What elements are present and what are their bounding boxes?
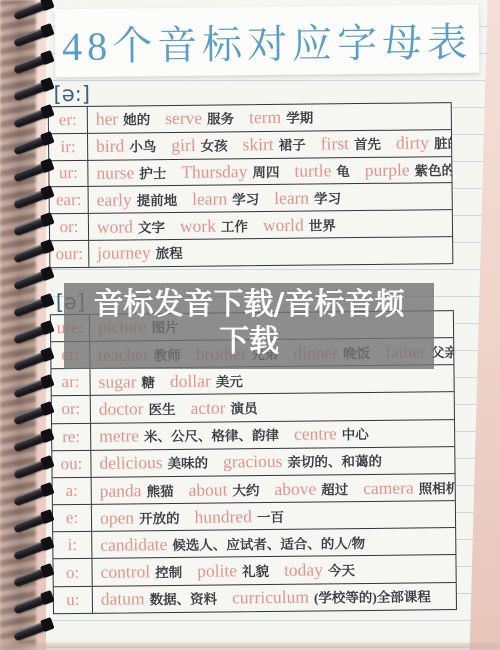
english-word: sugar: [98, 371, 136, 391]
chinese-meaning: 脏的: [434, 136, 451, 151]
spiral-ring-icon: [13, 485, 53, 507]
row-entries: bird小鸟girl女孩skirt裙子first首先dirty脏的: [88, 132, 451, 157]
word-entry: curriculum(学校等的)全部课程: [232, 589, 431, 608]
english-word: hundred: [194, 506, 252, 527]
chinese-meaning: 提前地: [137, 193, 178, 208]
english-word: datum: [101, 589, 145, 609]
word-entry: purple紫色的: [365, 162, 452, 180]
row-entries: early提前地learn学习learn学习: [89, 186, 452, 211]
word-entry: today今天: [284, 562, 355, 580]
english-word: metre: [99, 425, 139, 445]
word-entry: dirty脏的: [396, 135, 451, 153]
chinese-meaning: 文字: [138, 220, 165, 235]
chinese-meaning: 裙子: [279, 138, 306, 153]
spiral-ring-icon: [13, 26, 53, 48]
word-entry: above超过: [274, 481, 348, 499]
spiral-ring-icon: [13, 107, 53, 129]
spiral-ring-icon: [13, 404, 53, 426]
chinese-meaning: 学期: [286, 111, 313, 126]
spiral-ring-icon: [13, 80, 53, 102]
spiral-ring-icon: [13, 620, 53, 642]
chinese-meaning: 数据、资料: [150, 592, 218, 608]
row-entries: open开放的hundred一百: [92, 504, 455, 529]
chinese-meaning: 工作: [221, 219, 248, 234]
english-word: camera: [363, 477, 414, 498]
row-entries: doctor医生actor演员: [91, 395, 454, 420]
row-entries: datum数据、资料curriculum(学校等的)全部课程: [93, 585, 456, 610]
spiral-ring-icon: [13, 431, 53, 453]
chinese-meaning: 父亲: [431, 345, 454, 360]
word-entry: serve服务: [165, 111, 234, 129]
english-word: delicious: [99, 452, 162, 473]
english-word: doctor: [99, 398, 144, 418]
chinese-meaning: 大约: [232, 483, 259, 498]
word-entry: doctor医生: [99, 401, 176, 419]
phonetic-table: er:her她的serve服务term学期ir:bird小鸟girl女孩skir…: [48, 102, 454, 268]
chinese-meaning: 亲切的、和蔼的: [287, 454, 382, 470]
spiral-ring-icon: [13, 539, 53, 561]
word-entry: skirt裙子: [243, 137, 306, 155]
chinese-meaning: 旅程: [156, 246, 183, 261]
spiral-ring-icon: [13, 296, 53, 318]
word-entry: about大约: [188, 482, 259, 500]
chinese-meaning: 礼貌: [242, 564, 269, 579]
chinese-meaning: 候选人、应试者、适合、的人/物: [172, 536, 365, 553]
chinese-meaning: 照相机: [419, 481, 455, 496]
row-entries: delicious美味的gracious亲切的、和蔼的: [91, 449, 454, 474]
word-entry: girl女孩: [171, 138, 227, 156]
chinese-meaning: 开放的: [139, 511, 180, 526]
english-word: her: [96, 109, 119, 129]
table-row: o:control控制polite礼貌today今天: [53, 555, 455, 586]
english-word: bird: [96, 136, 124, 156]
chinese-meaning: 美元: [216, 374, 243, 389]
english-word: word: [97, 216, 133, 236]
chinese-meaning: 美味的: [168, 456, 209, 471]
table-row: ur:nurse护士Thursday周四turtle龟purple紫色的: [49, 156, 451, 187]
english-word: above: [274, 478, 316, 498]
chinese-meaning: 护士: [139, 166, 166, 181]
english-word: dollar: [170, 370, 211, 390]
word-entry: panda熊猫: [100, 483, 174, 501]
chinese-meaning: 她的: [123, 113, 150, 128]
english-word: curriculum: [232, 587, 309, 608]
table-row: ou:delicious美味的gracious亲切的、和蔼的: [52, 446, 454, 477]
word-entry: journey旅程: [97, 245, 183, 263]
word-entry: turtle龟: [294, 163, 350, 181]
chinese-meaning: 糖: [141, 375, 155, 390]
word-entry: datum数据、资料: [101, 591, 217, 609]
chinese-meaning: 紫色的: [414, 163, 451, 178]
word-entry: gracious亲切的、和蔼的: [223, 453, 382, 472]
spiral-ring-icon: [13, 350, 53, 372]
chinese-meaning: 学习: [314, 191, 341, 206]
table-row: ear:early提前地learn学习learn学习: [50, 182, 452, 213]
spiral-ring-icon: [13, 134, 53, 156]
spiral-binding: [0, 0, 60, 650]
word-entry: word文字: [97, 219, 165, 237]
row-entries: candidate候选人、应试者、适合、的人/物: [92, 531, 455, 556]
watermark-text: 音标发音下载/音标音频下载: [81, 286, 417, 360]
chinese-meaning: 女孩: [201, 139, 228, 154]
chinese-meaning: 米、公尺、格律、韵律: [144, 428, 279, 444]
spiral-ring-icon: [13, 512, 53, 534]
table-row: u:datum数据、资料curriculum(学校等的)全部课程: [54, 582, 456, 613]
table-row: ir:bird小鸟girl女孩skirt裙子first首先dirty脏的: [49, 129, 451, 160]
chinese-meaning: 小鸟: [129, 139, 156, 154]
chinese-meaning: 超过: [321, 482, 348, 497]
english-word: centre: [294, 423, 337, 443]
english-word: first: [321, 133, 349, 153]
english-word: candidate: [100, 534, 167, 555]
word-entry: centre中心: [294, 426, 369, 444]
watermark-overlay: 音标发音下载/音标音频下载: [64, 283, 434, 369]
table-row: or:doctor医生actor演员: [52, 391, 454, 422]
chinese-meaning: 龟: [336, 164, 350, 179]
english-word: work: [180, 215, 216, 235]
english-word: control: [100, 561, 150, 582]
english-word: open: [100, 507, 134, 527]
word-entry: hundred一百: [194, 509, 284, 527]
spiral-ring-icon: [13, 566, 53, 588]
english-word: serve: [165, 108, 202, 128]
word-entry: control控制: [101, 564, 183, 582]
english-word: learn: [274, 187, 309, 207]
word-entry: delicious美味的: [99, 455, 208, 473]
word-entry: polite礼貌: [197, 563, 269, 581]
english-word: today: [284, 560, 323, 580]
english-word: polite: [197, 560, 237, 580]
chinese-meaning: 中心: [342, 427, 369, 442]
chinese-meaning: 一百: [257, 510, 284, 525]
word-entry: early提前地: [97, 192, 178, 210]
spiral-ring-icon: [13, 161, 53, 183]
chinese-meaning: 熊猫: [146, 484, 173, 499]
row-entries: nurse护士Thursday周四turtle龟purple紫色的: [88, 159, 451, 184]
table-row: i:candidate候选人、应试者、适合、的人/物: [53, 527, 455, 558]
row-entries: control控制polite礼貌today今天: [92, 558, 455, 583]
spiral-ring-icon: [13, 323, 53, 345]
row-entries: metre米、公尺、格律、韵律centre中心: [91, 422, 454, 447]
spiral-ring-icon: [13, 53, 53, 75]
chinese-meaning: 服务: [207, 112, 234, 127]
word-entry: bird小鸟: [96, 138, 156, 156]
spiral-ring-icon: [13, 458, 53, 480]
word-entry: first首先: [321, 136, 381, 154]
table-row: or:word文字work工作world世界: [50, 209, 452, 240]
english-word: journey: [97, 243, 151, 264]
english-word: Thursday: [181, 161, 247, 182]
table-row: re:metre米、公尺、格律、韵律centre中心: [52, 419, 454, 450]
english-word: learn: [192, 188, 227, 208]
chinese-meaning: 世界: [309, 218, 336, 233]
word-entry: actor演员: [191, 400, 258, 418]
english-word: panda: [100, 480, 142, 500]
spiral-ring-icon: [13, 215, 53, 237]
english-word: purple: [365, 160, 410, 180]
word-entry: Thursday周四: [181, 164, 279, 182]
word-entry: camera照相机: [363, 480, 455, 498]
row-entries: word文字work工作world世界: [89, 213, 452, 238]
english-word: dirty: [396, 133, 429, 153]
chinese-meaning: 学习: [232, 192, 259, 207]
chinese-meaning: 周四: [252, 165, 279, 180]
chinese-meaning: 控制: [155, 565, 182, 580]
word-entry: work工作: [180, 218, 248, 236]
english-word: term: [249, 107, 281, 127]
word-entry: nurse护士: [96, 165, 166, 183]
chinese-meaning: (学校等的)全部课程: [314, 590, 431, 606]
row-entries: panda熊猫about大约above超过camera照相机: [92, 477, 455, 502]
chinese-meaning: 演员: [231, 401, 258, 416]
page-title: 48个音标对应字母表: [55, 5, 480, 77]
row-entries: her她的serve服务term学期: [88, 105, 451, 130]
word-entry: dollar美元: [170, 373, 243, 391]
chinese-meaning: 今天: [328, 563, 355, 578]
word-entry: learn学习: [274, 190, 341, 208]
word-entry: learn学习: [192, 191, 259, 209]
english-word: turtle: [294, 160, 331, 180]
english-word: nurse: [96, 162, 134, 182]
word-entry: open开放的: [100, 510, 180, 528]
english-word: world: [263, 214, 304, 234]
table-row: a:panda熊猫about大约above超过camera照相机: [53, 473, 455, 504]
spiral-ring-icon: [13, 593, 53, 615]
spiral-ring-icon: [13, 242, 53, 264]
table-row: our:journey旅程: [50, 236, 452, 267]
english-word: actor: [190, 397, 225, 417]
spiral-ring-icon: [13, 377, 53, 399]
spiral-ring-icon: [13, 269, 53, 291]
notebook-photo: 48个音标对应字母表 [ə:]er:her她的serve服务term学期ir:b…: [0, 0, 500, 650]
word-entry: metre米、公尺、格律、韵律: [99, 427, 279, 446]
english-word: gracious: [223, 451, 283, 472]
row-entries: sugar糖dollar美元: [90, 368, 453, 393]
spiral-ring-icon: [13, 0, 53, 20]
word-entry: sugar糖: [99, 374, 156, 392]
phonetic-section: [ə:]er:her她的serve服务term学期ir:bird小鸟girl女孩…: [47, 78, 459, 268]
english-word: skirt: [243, 134, 274, 154]
chinese-meaning: 首先: [354, 137, 381, 152]
photo-bottom-edge: [0, 643, 500, 650]
row-entries: journey旅程: [89, 239, 452, 264]
page-title-text: 48个音标对应字母表: [62, 10, 473, 71]
word-entry: world世界: [263, 217, 336, 235]
english-word: early: [97, 189, 132, 209]
english-word: about: [188, 479, 227, 499]
word-entry: her她的: [96, 112, 151, 130]
spiral-ring-icon: [13, 188, 53, 210]
table-row: e:open开放的hundred一百: [53, 500, 455, 531]
english-word: girl: [171, 135, 196, 155]
chinese-meaning: 医生: [149, 402, 176, 417]
word-entry: term学期: [249, 110, 313, 128]
word-entry: candidate候选人、应试者、适合、的人/物: [100, 535, 365, 555]
